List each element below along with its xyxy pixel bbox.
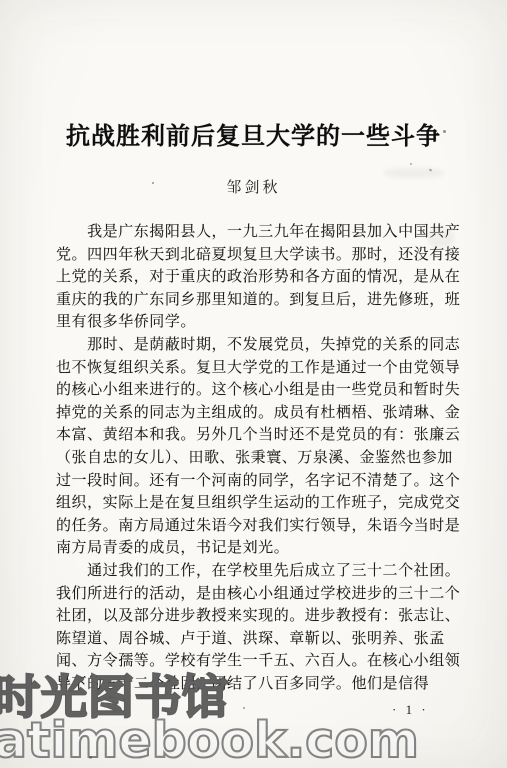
scan-speckle (443, 130, 446, 133)
watermark-site-url: atimebook.com (0, 712, 419, 768)
document-body: 我是广东揭阳县人，一九三九年在揭阳县加入中国共产 党。四四年秋天到北碚夏坝复旦大… (56, 221, 462, 695)
scan-speckle (243, 707, 245, 709)
scan-speckle (410, 163, 412, 165)
scan-smudge (384, 168, 444, 178)
paragraph-2: 那时、是荫蔽时期，不发展党员，失掉党的关系的同志 也不恢复组织关系。复旦大学党的… (56, 334, 462, 560)
paragraph-3: 通过我们的工作，在学校里先后成立了三十二个社团。 我们所进行的活动，是由核心小组… (56, 560, 462, 696)
scan-smudge (428, 228, 454, 248)
scan-speckle (152, 182, 154, 184)
author-name: 邹剑秋 (0, 176, 507, 197)
page-number: · 1 · (392, 702, 429, 718)
paragraph-1: 我是广东揭阳县人，一九三九年在揭阳县加入中国共产 党。四四年秋天到北碚夏坝复旦大… (56, 221, 462, 334)
scanned-document-page: 抗战胜利前后复旦大学的一些斗争 邹剑秋 我是广东揭阳县人，一九三九年在揭阳县加入… (0, 0, 507, 768)
document-title: 抗战胜利前后复旦大学的一些斗争 (0, 116, 507, 151)
scan-speckle (89, 756, 92, 759)
